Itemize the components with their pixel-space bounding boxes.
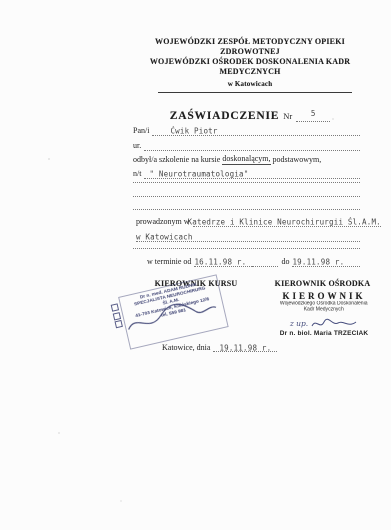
term-label: w terminie od [147,256,194,267]
footer-date-value: 19.11.98 r. [219,344,271,353]
venue-value-1: Katedrze i Klinice Neurochirurgii Śl.A.M… [188,217,381,228]
term-mid-dots [252,255,278,267]
org-city: w Katowicach [108,79,391,89]
course-prefix: odbył/a szkolenie na kursie [133,154,220,165]
term-row: w terminie od 16.11.98 r. do 19.11.98 r. [147,255,360,267]
course-type-plain: podstawowym, [273,154,322,165]
venue-field-1: Katedrze i Klinice Neurochirurgii Śl.A.M… [193,215,381,227]
term-from-field: 16.11.98 r. [194,255,252,267]
document-title: ZAŚWIADCZENIE [170,110,279,122]
recipient-name-field: Ćwik Piotr [152,124,360,136]
blank-dotted-line-1 [133,172,360,183]
footer-date-field: 19.11.98 r. [213,340,277,352]
centre-head-name: Dr n. biol. Maria TRZECIAK [258,330,390,337]
recipient-name: Ćwik Piotr [170,126,217,137]
stamp-box-icon [111,303,119,311]
course-type-underlined: doskonalącym, [222,153,270,165]
scanned-certificate-page: WOJEWÓDZKI ZESPÓŁ METODYCZNY OPIEKI ZDRO… [0,0,391,530]
centre-head-heading: KIEROWNIK OŚRODKA [260,279,385,288]
term-to-value: 19.11.98 r. [292,257,344,268]
handwritten-signature-right: z up. [258,318,390,330]
certificate-number: 5 [311,109,316,118]
title-row: ZAŚWIADCZENIE Nr 5 [108,103,391,122]
signature-squiggle-icon [310,318,358,330]
venue-label: prowadzonym w [136,216,193,227]
term-to-label: do [278,256,292,267]
title-nr-label: Nr [283,111,292,122]
signature-z-up-text: z up. [290,319,308,328]
blank-dotted-line-4 [133,238,360,249]
venue-row: prowadzonym w Katedrze i Klinice Neuroch… [136,215,360,227]
certificate-number-field: 5 [296,103,330,122]
stamp-right-line-2: Kadr Medycznych [258,307,390,313]
footer-date-row: Katowice, dnia 19.11.98 r. [162,340,277,352]
term-to-field: 19.11.98 r. [292,255,360,267]
birth-field [144,139,360,151]
centre-head-stamp: KIEROWNIK Wojewódzkiego Ośrodka Doskonal… [258,291,390,337]
org-line-1: WOJEWÓDZKI ZESPÓŁ METODYCZNY OPIEKI [108,37,391,47]
course-type-row: odbył/a szkolenie na kursie doskonalącym… [133,153,360,165]
recipient-row: Pan/i Ćwik Piotr [133,124,360,136]
stamp-right-title: KIEROWNIK [258,291,390,301]
stamp-text-block: Dr n. med. ADAM RUDNIK SPECJALISTA NEURO… [118,274,229,349]
footer-place-label: Katowice, dnia [162,343,213,352]
letterhead: WOJEWÓDZKI ZESPÓŁ METODYCZNY OPIEKI ZDRO… [108,37,391,89]
term-from-value: 16.11.98 r. [194,257,246,268]
stamp-box-icon [115,320,123,328]
blank-dotted-line-2 [133,186,360,197]
recipient-label: Pan/i [133,125,152,136]
blank-dotted-line-3 [133,199,360,210]
scan-speckles [0,0,2,2]
org-line-3: WOJEWÓDZKI OŚRODEK DOSKONALENIA KADR [108,57,391,67]
org-line-4: MEDYCZNYCH [108,67,391,77]
birth-row: ur. [133,139,360,151]
header-divider [158,92,352,93]
birth-label: ur. [133,140,144,151]
org-line-2: ZDROWOTNEJ [108,47,391,57]
stamp-box-icon [113,312,121,320]
